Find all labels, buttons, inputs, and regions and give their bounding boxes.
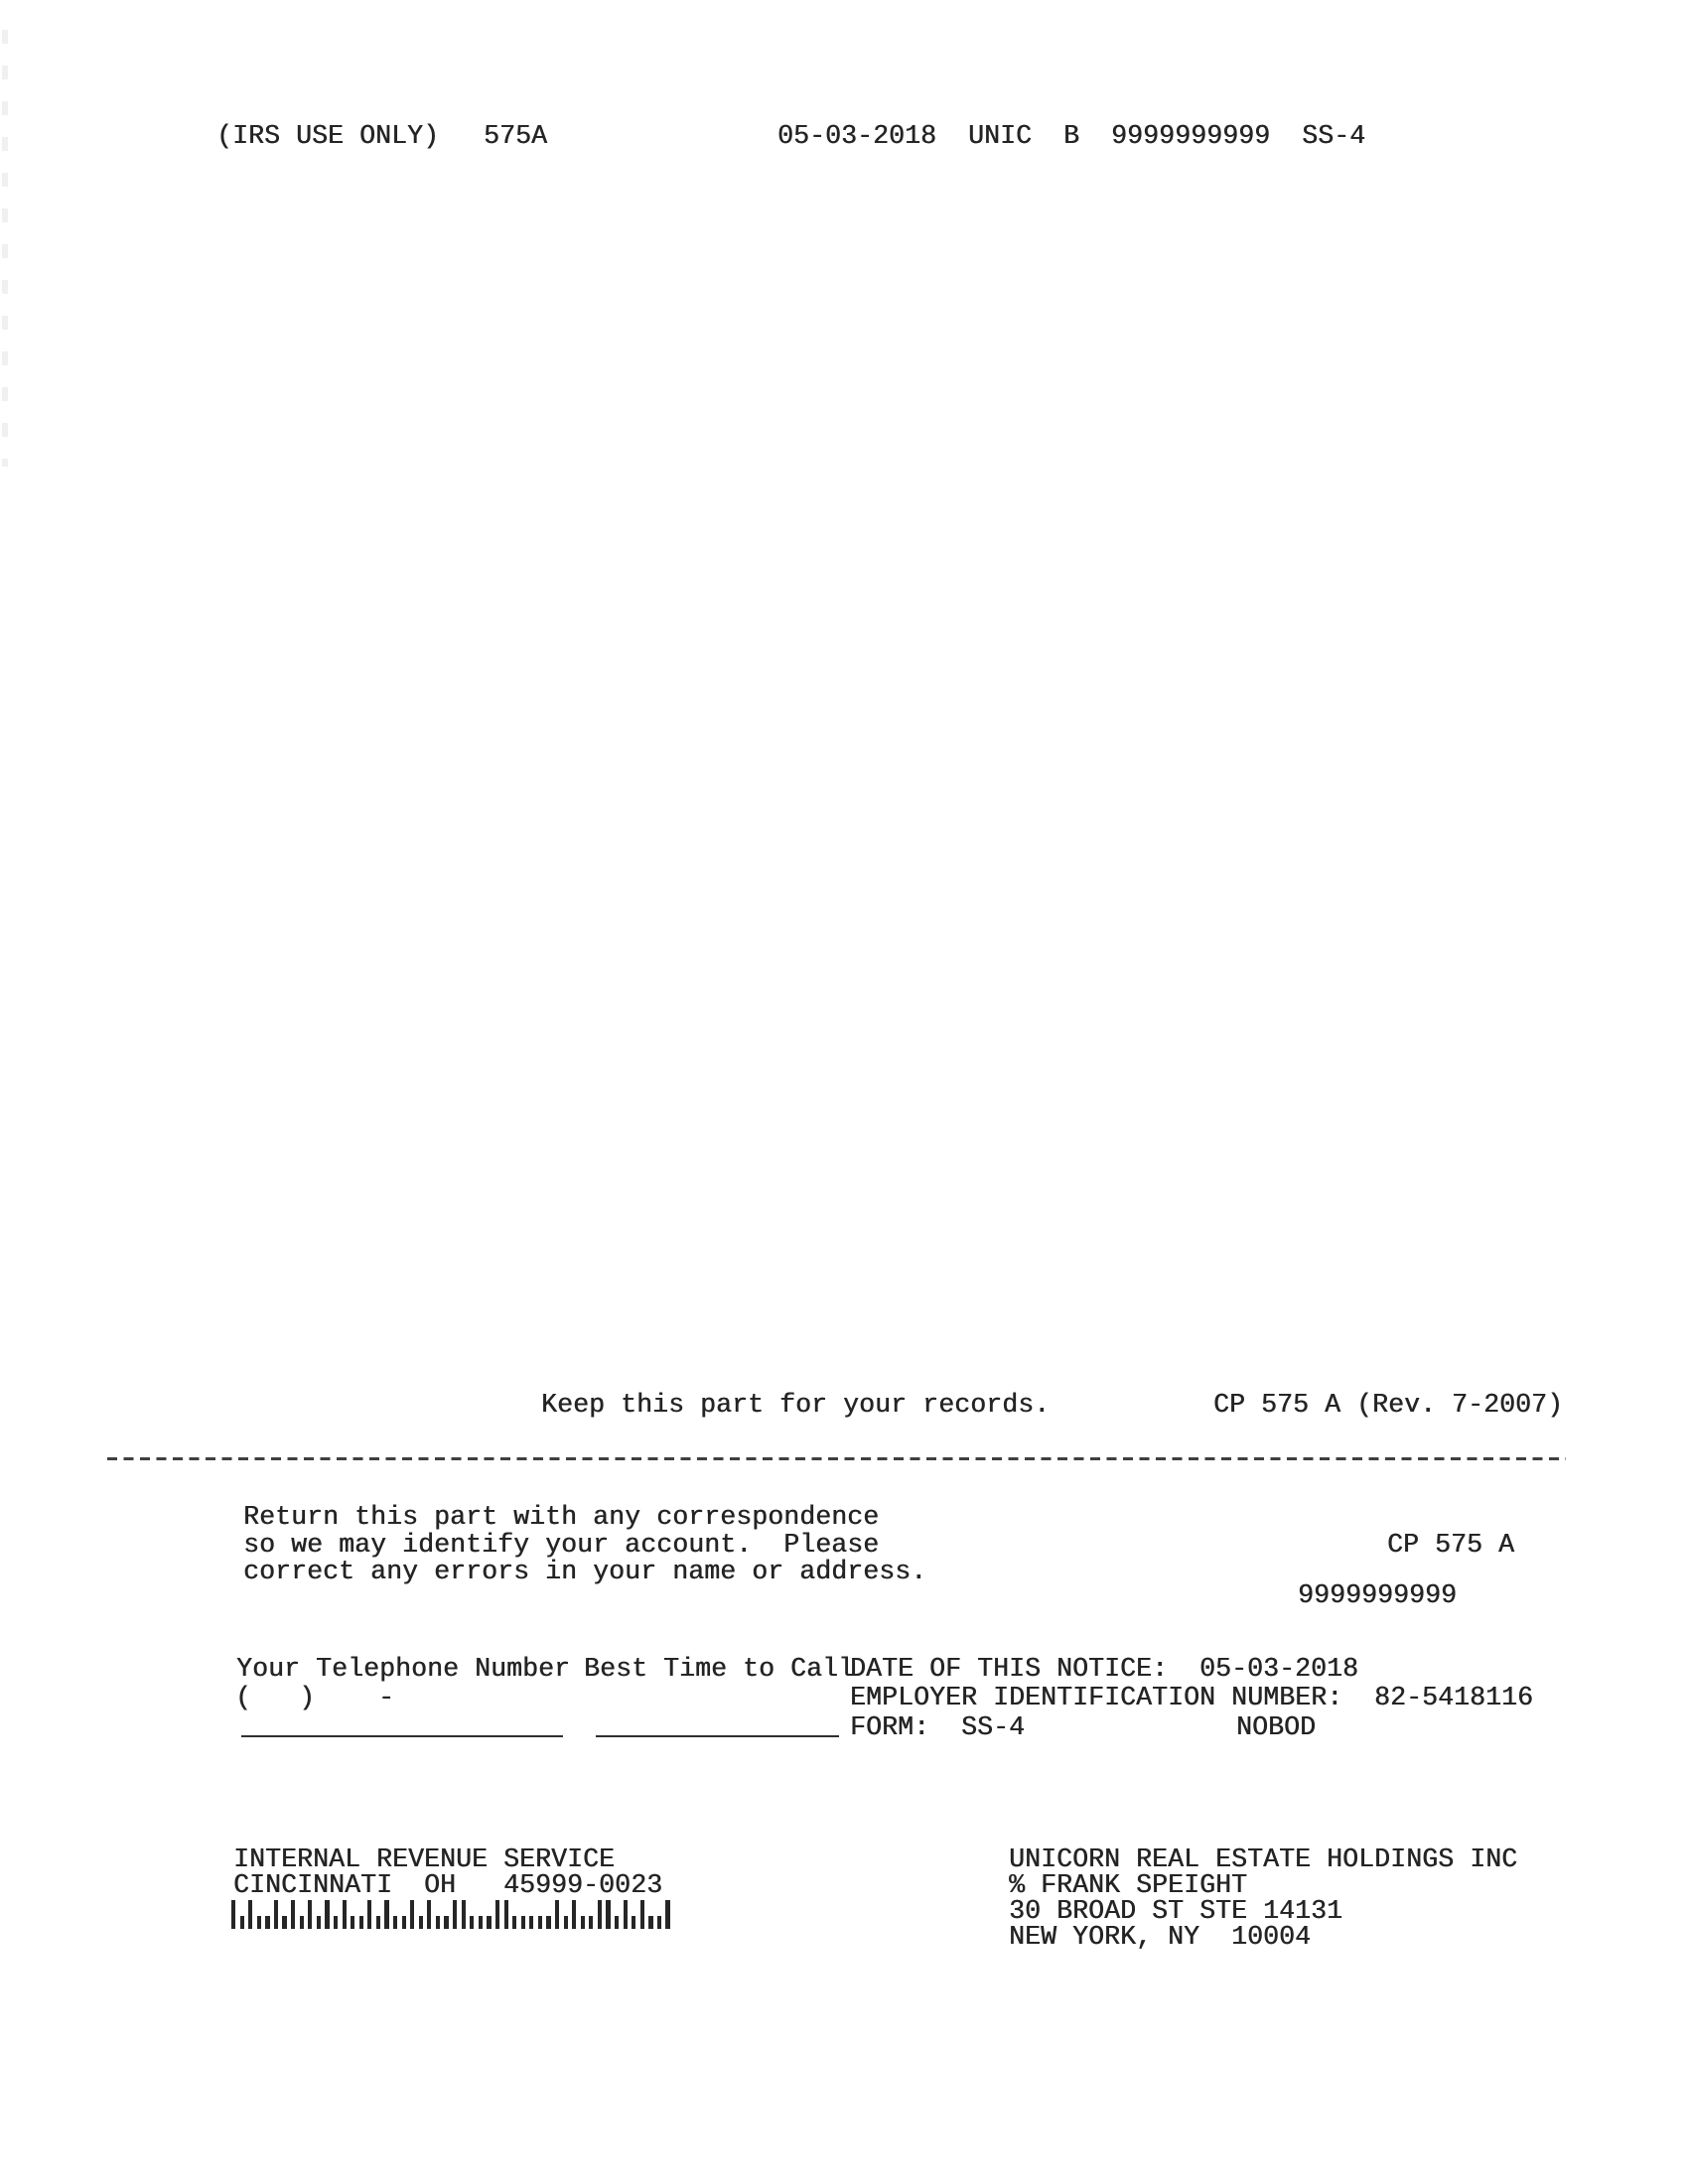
barcode-bar <box>427 1900 431 1929</box>
barcode-bar <box>444 1916 448 1929</box>
barcode-bar <box>393 1916 397 1929</box>
recipient-name: UNICORN REAL ESTATE HOLDINGS INC <box>1009 1846 1517 1873</box>
barcode-bar <box>317 1916 321 1929</box>
barcode-bar <box>521 1916 525 1929</box>
notice-date-value: 05-03-2018 <box>1199 1656 1358 1683</box>
barcode-bar <box>325 1900 329 1929</box>
return-instructions-line1: Return this part with any correspondence <box>243 1504 879 1531</box>
barcode-bar <box>632 1916 635 1929</box>
form-value: SS-4 <box>961 1714 1025 1741</box>
ein-label: EMPLOYER IDENTIFICATION NUMBER: <box>850 1685 1342 1711</box>
form-code: 575A <box>484 123 547 150</box>
reference-number: 9999999999 <box>1298 1582 1457 1609</box>
barcode-bar <box>487 1916 491 1929</box>
barcode-bar <box>300 1916 304 1929</box>
barcode-bar <box>376 1916 380 1929</box>
barcode-bar <box>462 1900 466 1929</box>
cp-575a-label: CP 575 A <box>1387 1532 1514 1559</box>
barcode-bar <box>265 1916 269 1929</box>
barcode-bar <box>648 1916 652 1929</box>
barcode-bar <box>359 1916 363 1929</box>
office-code: NOBOD <box>1236 1714 1316 1741</box>
barcode-bar <box>529 1916 533 1929</box>
barcode-bar <box>665 1900 669 1929</box>
barcode-bar <box>240 1916 244 1929</box>
barcode-bar <box>555 1900 559 1929</box>
ein-value: 82-5418116 <box>1374 1685 1533 1711</box>
barcode-bar <box>257 1916 261 1929</box>
barcode-bar <box>495 1900 499 1929</box>
barcode-bar <box>436 1916 440 1929</box>
barcode-bar <box>334 1916 338 1929</box>
barcode-bar <box>367 1900 371 1929</box>
barcode-bar <box>589 1916 593 1929</box>
irs-address-line2: CINCINNATI OH 45999-0023 <box>233 1872 662 1899</box>
barcode-bar <box>308 1900 312 1929</box>
barcode-bar <box>282 1916 286 1929</box>
return-instructions-line2: so we may identify your account. Please <box>243 1532 879 1559</box>
form-revision: CP 575 A (Rev. 7-2007) <box>1213 1392 1563 1419</box>
telephone-underline-field <box>241 1735 563 1737</box>
barcode-bar <box>598 1900 602 1929</box>
return-instructions-line3: correct any errors in your name or addre… <box>243 1559 926 1585</box>
barcode-bar <box>504 1900 508 1929</box>
barcode-bar <box>231 1900 235 1929</box>
barcode-bar <box>248 1900 252 1929</box>
notice-date-label: DATE OF THIS NOTICE: <box>850 1656 1168 1683</box>
recipient-care-of: % FRANK SPEIGHT <box>1009 1872 1247 1899</box>
barcode-bar <box>657 1916 661 1929</box>
telephone-number-label: Your Telephone Number <box>236 1656 570 1683</box>
barcode-bar <box>572 1900 576 1929</box>
barcode-bar <box>343 1900 347 1929</box>
postnet-barcode <box>231 1900 670 1929</box>
best-time-label: Best Time to Call <box>584 1656 854 1683</box>
barcode-bar <box>640 1900 644 1929</box>
barcode-bar <box>606 1900 610 1929</box>
phone-format-placeholder: ( ) - <box>235 1685 394 1711</box>
recipient-city-state-zip: NEW YORK, NY 10004 <box>1009 1924 1311 1951</box>
best-time-underline-field <box>596 1735 839 1737</box>
barcode-bar <box>351 1916 354 1929</box>
barcode-bar <box>546 1916 550 1929</box>
barcode-bar <box>410 1900 414 1929</box>
barcode-bar <box>624 1900 628 1929</box>
perforation-dashed-line <box>107 1457 1566 1460</box>
barcode-bar <box>615 1916 619 1929</box>
barcode-bar <box>479 1916 483 1929</box>
barcode-bar <box>470 1916 474 1929</box>
keep-records-note: Keep this part for your records. <box>541 1392 1050 1419</box>
barcode-bar <box>512 1916 516 1929</box>
barcode-bar <box>564 1916 568 1929</box>
barcode-bar <box>538 1916 542 1929</box>
scan-artifact <box>2 30 8 467</box>
form-label: FORM: <box>850 1714 929 1741</box>
irs-address-line1: INTERNAL REVENUE SERVICE <box>233 1846 615 1873</box>
barcode-bar <box>453 1900 457 1929</box>
barcode-bar <box>274 1900 278 1929</box>
barcode-bar <box>581 1916 585 1929</box>
document-page: (IRS USE ONLY) 575A 05-03-2018 UNIC B 99… <box>0 0 1688 2184</box>
barcode-bar <box>384 1900 388 1929</box>
barcode-bar <box>291 1900 295 1929</box>
barcode-bar <box>419 1916 423 1929</box>
header-meta: 05-03-2018 UNIC B 9999999999 SS-4 <box>777 123 1365 150</box>
barcode-bar <box>402 1916 406 1929</box>
irs-use-only-label: (IRS USE ONLY) <box>216 123 439 150</box>
recipient-street: 30 BROAD ST STE 14131 <box>1009 1898 1342 1925</box>
